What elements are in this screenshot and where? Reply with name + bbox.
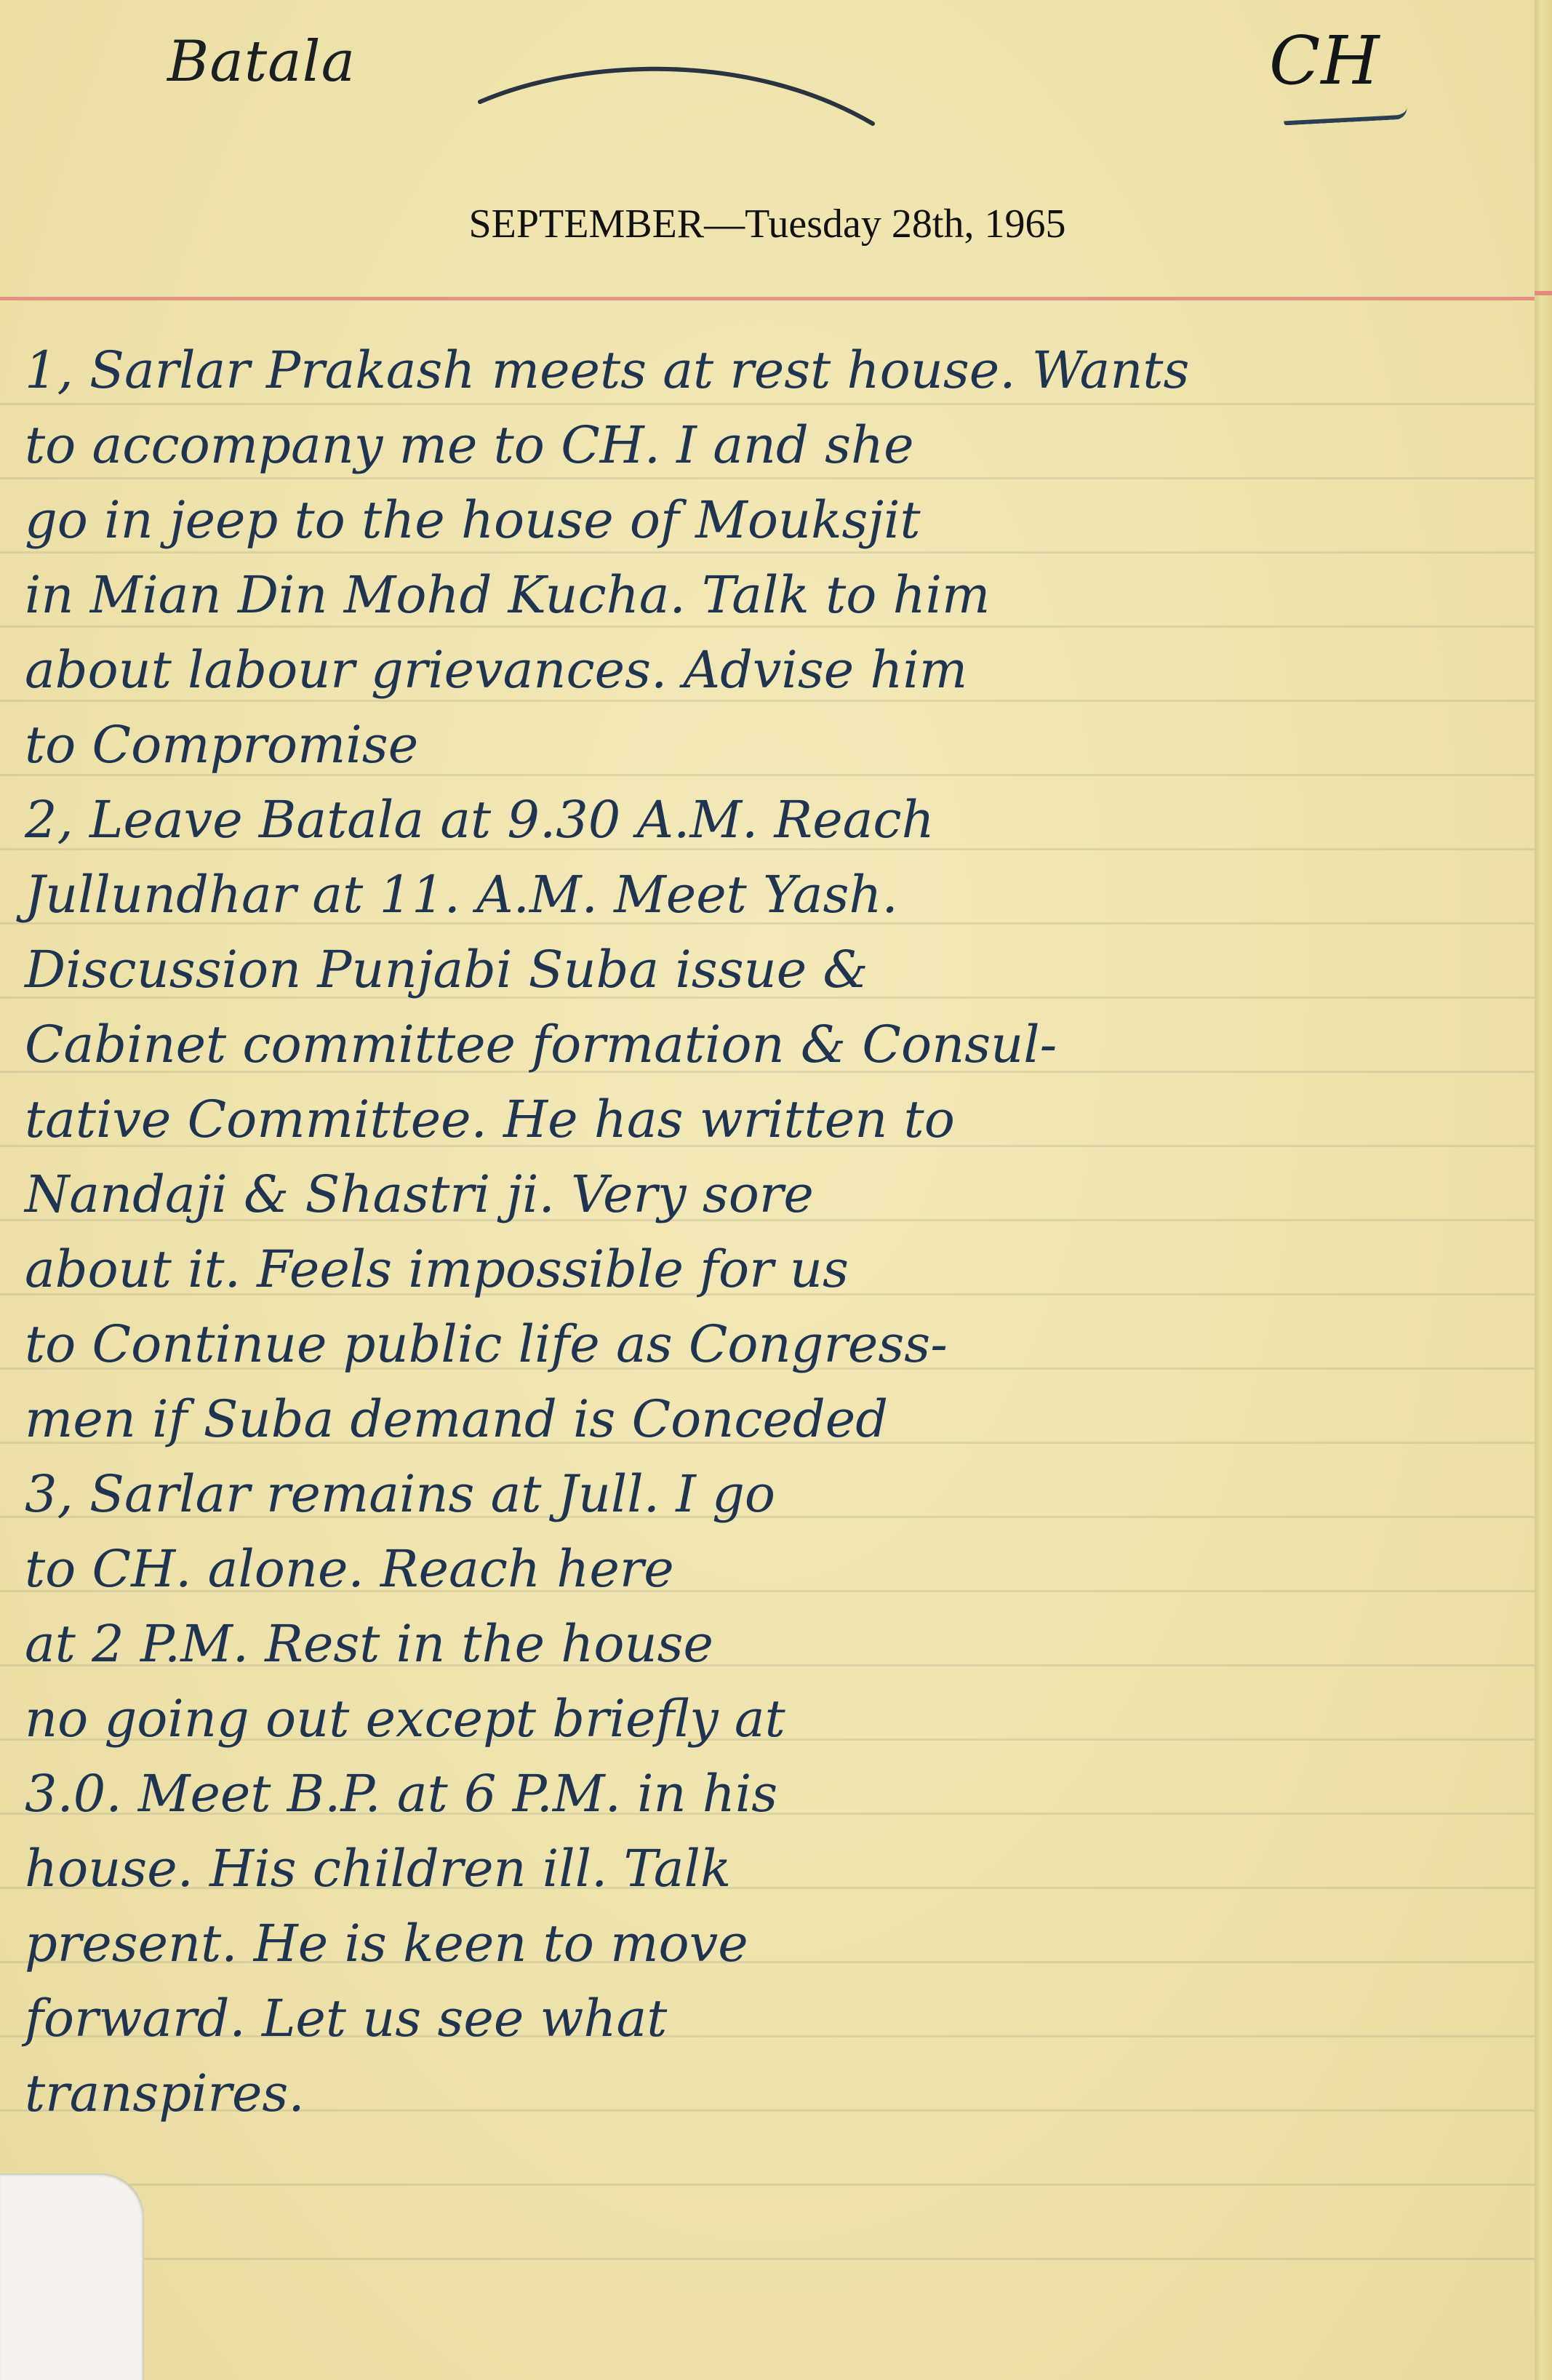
entry-line-underlined: to Continue public life as Congress- xyxy=(25,1307,1508,1382)
entry-line: to Compromise xyxy=(25,708,1508,783)
entry-line: to CH. alone. Reach here xyxy=(25,1532,1508,1607)
entry-line: transpires. xyxy=(25,2056,1508,2131)
entry-line: no going out except briefly at xyxy=(25,1682,1508,1757)
entry-line-underlined: tative Committee. He has written to xyxy=(25,1082,1508,1157)
entry-line: present. He is keen to move xyxy=(25,1906,1508,1981)
torn-page-corner xyxy=(0,2173,144,2380)
entry-line-underlined: Nandaji & Shastri ji. Very sore xyxy=(25,1157,1508,1232)
printed-date-header: SEPTEMBER—Tuesday 28th, 1965 xyxy=(0,201,1535,247)
entry-line: about labour grievances. Advise him xyxy=(25,633,1508,708)
place-flourish-stroke xyxy=(473,44,880,131)
entry-line: in Mian Din Mohd Kucha. Talk to him xyxy=(25,558,1508,633)
entry-line: go in jeep to the house of Mouksjit xyxy=(25,483,1508,558)
entry-line: 3, Sarlar remains at Jull. I go xyxy=(25,1457,1508,1532)
page-edge xyxy=(1535,0,1552,2380)
red-header-rule-edge xyxy=(1535,291,1552,295)
entry-line: Jullundhar at 11. A.M. Meet Yash. xyxy=(25,858,1508,933)
location-code: CH xyxy=(1269,22,1380,100)
entry-line: house. His children ill. Talk xyxy=(25,1832,1508,1906)
entry-line-underlined: Cabinet committee formation & Consul- xyxy=(25,1007,1508,1082)
entry-line: 3.0. Meet B.P. at 6 P.M. in his xyxy=(25,1757,1508,1832)
entry-line: at 2 P.M. Rest in the house xyxy=(25,1607,1508,1682)
place-heading: Batala xyxy=(167,29,356,95)
entry-line: 1, Sarlar Prakash meets at rest house. W… xyxy=(25,333,1508,408)
entry-line-underlined: about it. Feels impossible for us xyxy=(25,1232,1508,1307)
entry-line-underlined: men if Suba demand is Conceded xyxy=(25,1382,1508,1457)
entry-line-underlined: Discussion Punjabi Suba issue & xyxy=(25,933,1508,1007)
entry-line: 2, Leave Batala at 9.30 A.M. Reach xyxy=(25,783,1508,858)
red-header-rule xyxy=(0,297,1535,300)
diary-entry: 1, Sarlar Prakash meets at rest house. W… xyxy=(25,333,1508,2131)
entry-line: to accompany me to CH. I and she xyxy=(25,408,1508,483)
entry-line: forward. Let us see what xyxy=(25,1981,1508,2056)
